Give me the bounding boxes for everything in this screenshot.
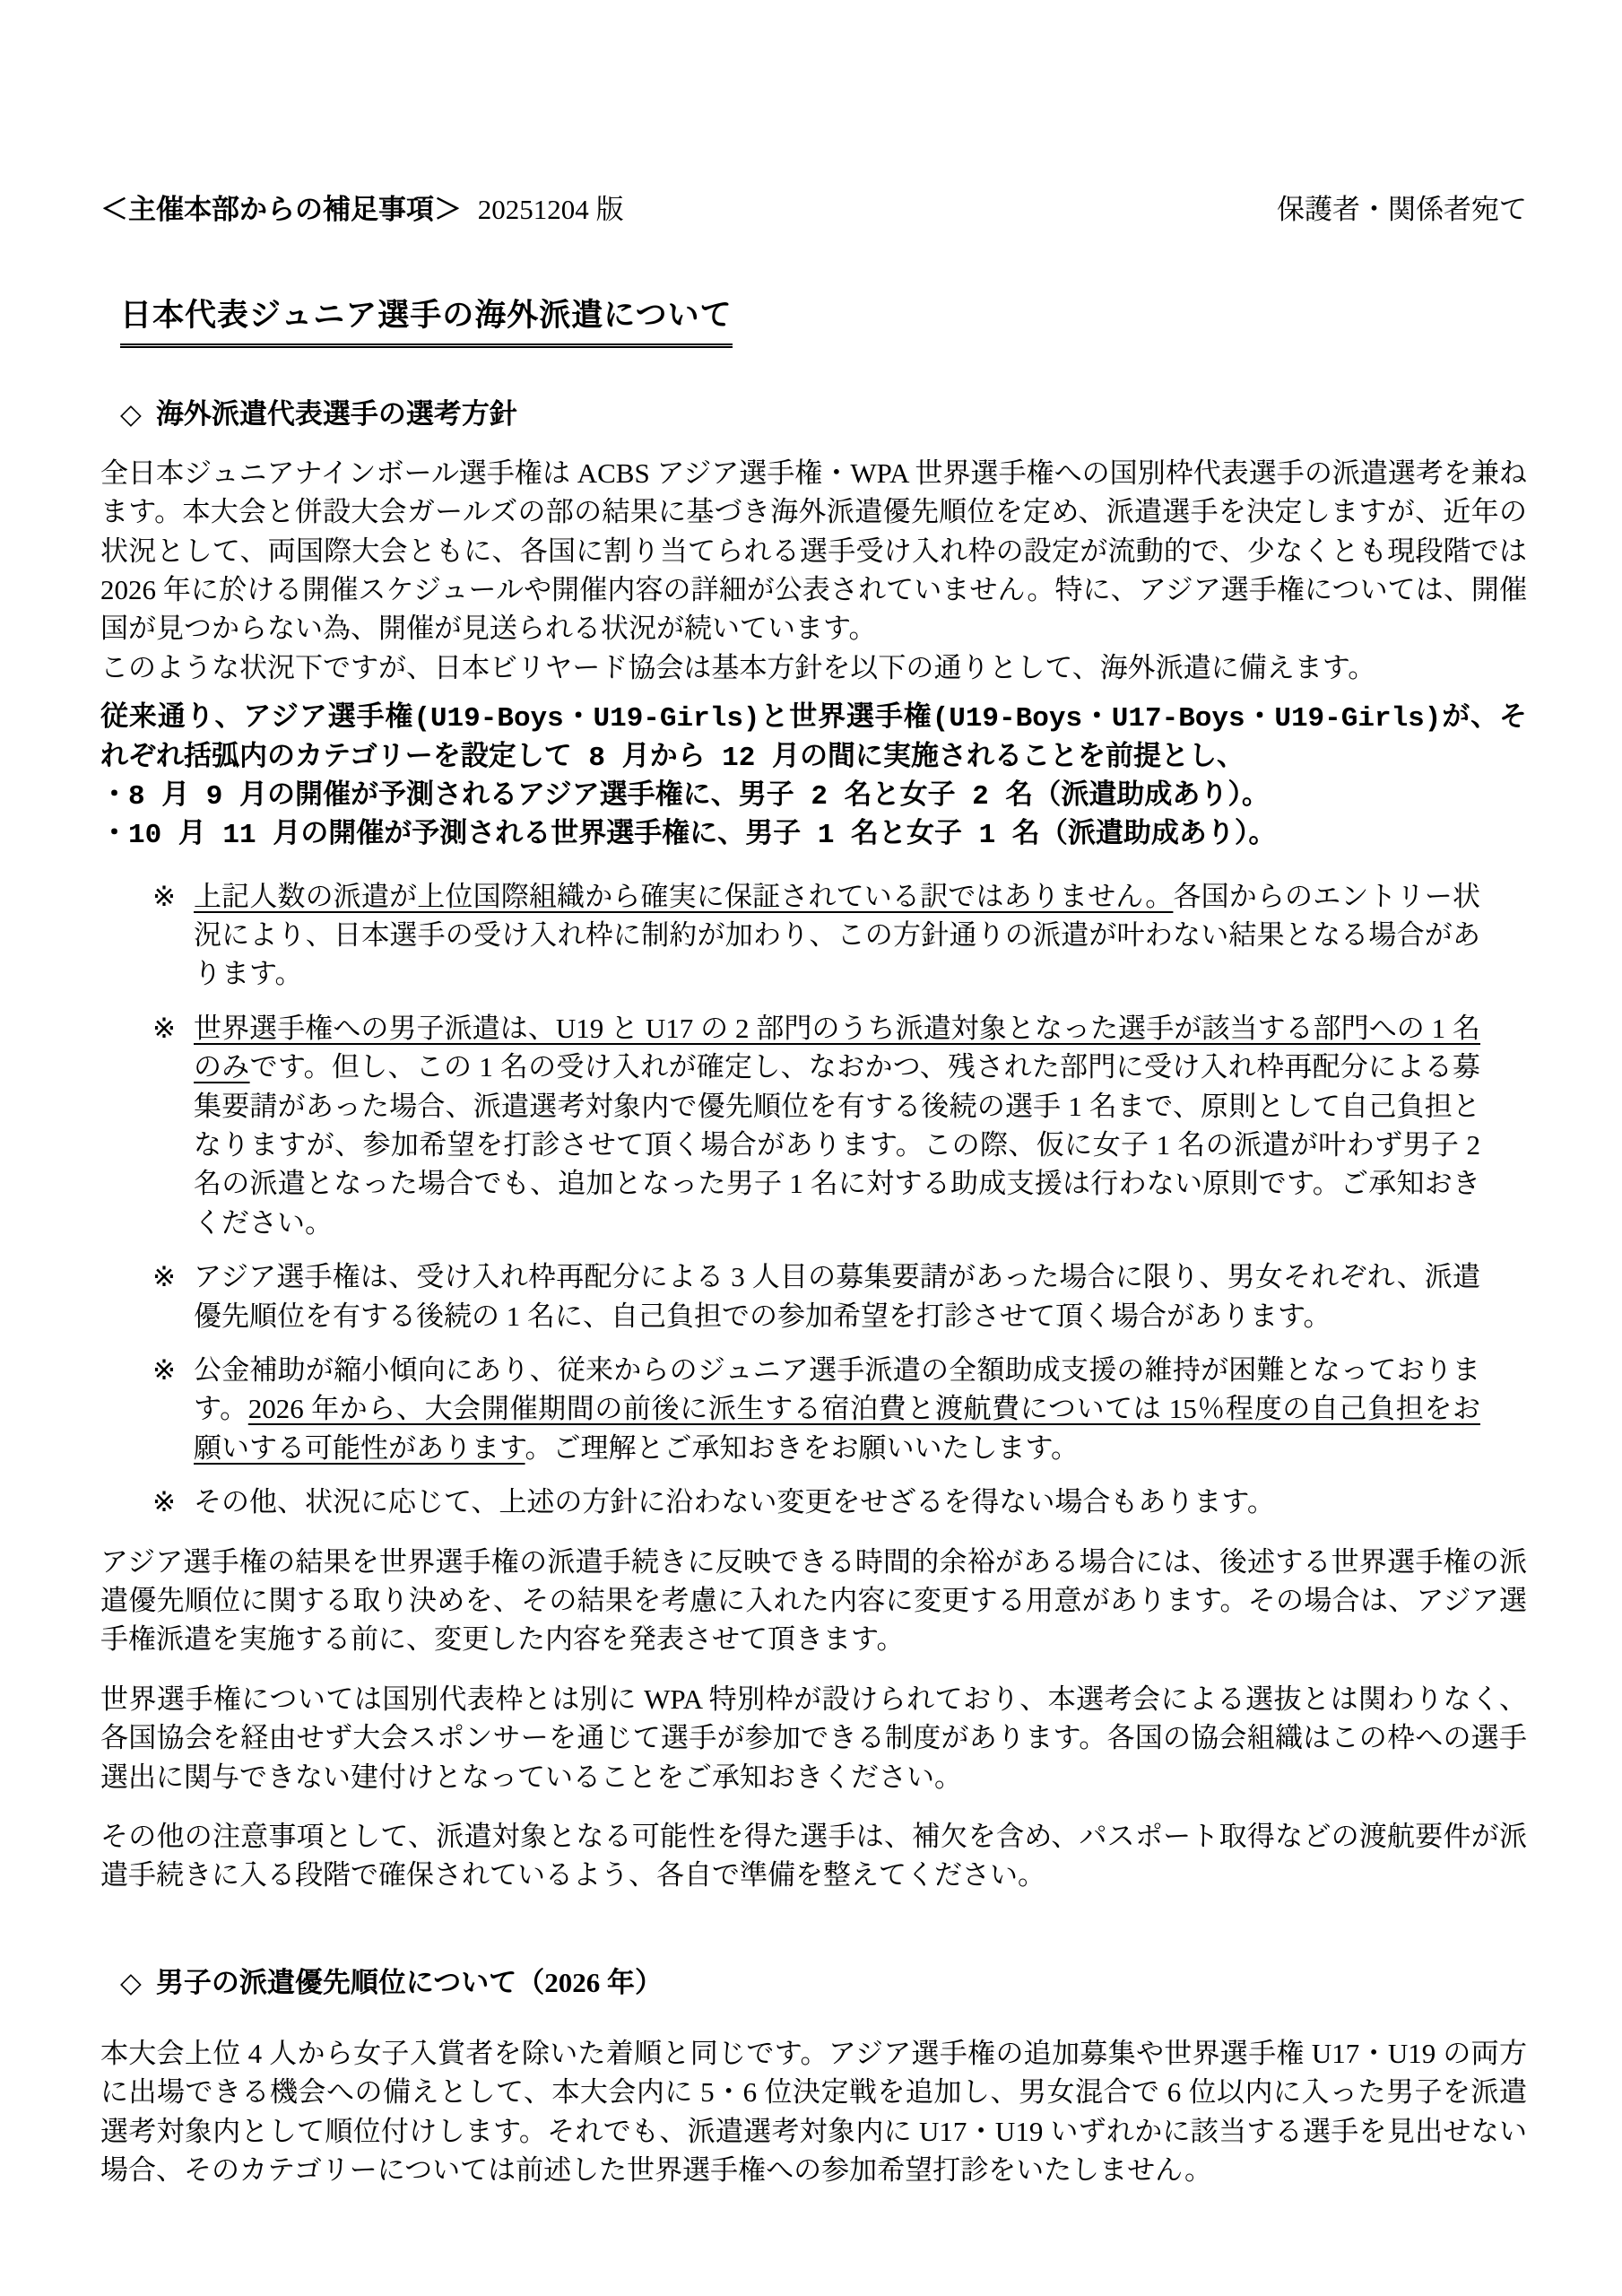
note-item-3: ※ アジア選手権は、受け入れ枠再配分による 3 人目の募集要請があった場合に限り… <box>152 1257 1480 1335</box>
reference-mark-icon: ※ <box>152 1257 194 1335</box>
diamond-icon: ◇ <box>120 398 142 430</box>
note-item-1: ※ 上記人数の派遣が上位国際組織から確実に保証されている訳ではありません。各国か… <box>152 877 1480 994</box>
section-heading-text: 男子の派遣優先順位について（2026 年） <box>156 1967 663 1998</box>
intro-paragraph-2: このような状況下ですが、日本ビリヤード協会は基本方針を以下の通りとして、海外派遣… <box>100 648 1527 687</box>
reference-mark-icon: ※ <box>152 1483 194 1521</box>
note-text: アジア選手権は、受け入れ枠再配分による 3 人目の募集要請があった場合に限り、男… <box>194 1257 1480 1335</box>
diamond-icon: ◇ <box>120 1967 142 1998</box>
note-text-underlined: 上記人数の派遣が上位国際組織から確実に保証されている訳ではありません。 <box>194 881 1173 912</box>
followup-paragraph-asia-results: アジア選手権の結果を世界選手権の派遣手続きに反映できる時間的余裕がある場合には、… <box>100 1543 1527 1659</box>
policy-lead: 従来通り、アジア選手権(U19-Boys・U19-Girls)と世界選手権(U1… <box>100 700 1527 778</box>
policy-bullet-world: ・10 月 11 月の開催が予測される世界選手権に、男子 1 名と女子 1 名（… <box>100 816 1527 855</box>
followup-paragraph-wpa-slot: 世界選手権については国別代表枠とは別に WPA 特別枠が設けられており、本選考会… <box>100 1680 1527 1796</box>
reference-mark-icon: ※ <box>152 877 194 994</box>
page-title: 日本代表ジュニア選手の海外派遣について <box>120 293 733 348</box>
note-text-plain: アジア選手権は、受け入れ枠再配分による 3 人目の募集要請があった場合に限り、男… <box>194 1261 1480 1331</box>
note-text: 上記人数の派遣が上位国際組織から確実に保証されている訳ではありません。各国からの… <box>194 877 1480 994</box>
note-text-plain: その他、状況に応じて、上述の方針に沿わない変更をせざるを得ない場合もあります。 <box>194 1486 1275 1518</box>
doc-version-label: 20251204 版 <box>478 194 624 225</box>
policy-bullet-asia: ・8 月 9 月の開催が予測されるアジア選手権に、男子 2 名と女子 2 名（派… <box>100 778 1527 816</box>
title-block: 日本代表ジュニア選手の海外派遣について <box>120 293 1527 348</box>
section-heading-text: 海外派遣代表選手の選考方針 <box>156 398 517 430</box>
doc-type-label: ＜主催本部からの補足事項＞ <box>100 194 462 225</box>
section-heading-priority-order: ◇男子の派遣優先順位について（2026 年） <box>120 1963 1527 2002</box>
reference-mark-icon: ※ <box>152 1351 194 1467</box>
notes-list: ※ 上記人数の派遣が上位国際組織から確実に保証されている訳ではありません。各国か… <box>100 877 1527 1522</box>
document-page: ＜主催本部からの補足事項＞ 20251204 版 保護者・関係者宛て 日本代表ジ… <box>0 0 1622 2296</box>
section-heading-selection-policy: ◇海外派遣代表選手の選考方針 <box>120 395 1527 433</box>
priority-order-paragraph: 本大会上位 4 人から女子入賞者を除いた着順と同じです。アジア選手権の追加募集や… <box>100 2034 1527 2190</box>
followup-paragraph-passport: その他の注意事項として、派遣対象となる可能性を得た選手は、補欠を含め、パスポート… <box>100 1817 1527 1895</box>
note-text: 公金補助が縮小傾向にあり、従来からのジュニア選手派遣の全額助成支援の維持が困難と… <box>194 1351 1480 1467</box>
note-item-5: ※ その他、状況に応じて、上述の方針に沿わない変更をせざるを得ない場合もあります… <box>152 1483 1480 1521</box>
header-left: ＜主催本部からの補足事項＞ 20251204 版 <box>100 190 624 229</box>
reference-mark-icon: ※ <box>152 1009 194 1242</box>
note-item-2: ※ 世界選手権への男子派遣は、U19 と U17 の 2 部門のうち派遣対象とな… <box>152 1009 1480 1242</box>
note-text-plain: 。ご理解とご承知おきをお願いいたします。 <box>525 1432 1080 1464</box>
note-text: その他、状況に応じて、上述の方針に沿わない変更をせざるを得ない場合もあります。 <box>194 1483 1480 1521</box>
note-item-4: ※ 公金補助が縮小傾向にあり、従来からのジュニア選手派遣の全額助成支援の維持が困… <box>152 1351 1480 1467</box>
doc-audience-label: 保護者・関係者宛て <box>1277 190 1527 229</box>
policy-block: 従来通り、アジア選手権(U19-Boys・U19-Girls)と世界選手権(U1… <box>100 700 1527 856</box>
note-text: 世界選手権への男子派遣は、U19 と U17 の 2 部門のうち派遣対象となった… <box>194 1009 1480 1242</box>
document-header: ＜主催本部からの補足事項＞ 20251204 版 保護者・関係者宛て <box>100 190 1527 229</box>
note-text-plain: です。但し、この 1 名の受け入れが確定し、なおかつ、残された部門に受け入れ枠再… <box>194 1051 1480 1239</box>
intro-paragraph: 全日本ジュニアナインボール選手権は ACBS アジア選手権・WPA 世界選手権へ… <box>100 454 1527 648</box>
